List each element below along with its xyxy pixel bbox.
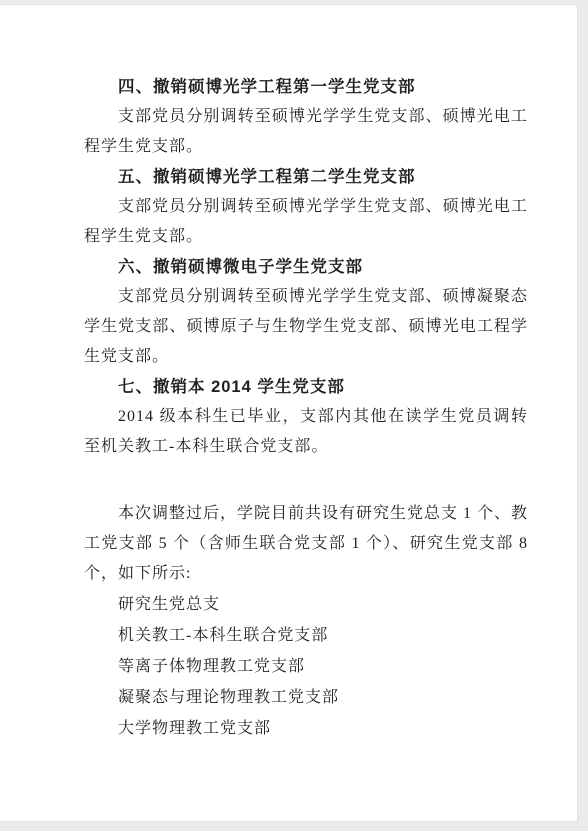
paragraph: 本次调整过后，学院目前共设有研究生党总支 1 个、教工党支部 5 个（含师生联合… bbox=[84, 499, 528, 589]
blank-gap bbox=[84, 462, 528, 499]
section-heading: 六、撤销硕博微电子学生党支部 bbox=[84, 252, 528, 282]
paragraph: 支部党员分别调转至硕博光学学生党支部、硕博光电工程学生党支部。 bbox=[84, 192, 528, 252]
document-page: 四、撤销硕博光学工程第一学生党支部支部党员分别调转至硕博光学学生党支部、硕博光电… bbox=[0, 4, 578, 822]
list-item: 机关教工-本科生联合党支部 bbox=[84, 620, 528, 651]
list-item: 等离子体物理教工党支部 bbox=[84, 651, 528, 682]
list-item: 研究生党总支 bbox=[84, 589, 528, 620]
list-item: 大学物理教工党支部 bbox=[84, 713, 528, 744]
section-heading: 五、撤销硕博光学工程第二学生党支部 bbox=[84, 162, 528, 192]
paragraph: 支部党员分别调转至硕博光学学生党支部、硕博光电工程学生党支部。 bbox=[84, 102, 528, 162]
list-item: 凝聚态与理论物理教工党支部 bbox=[84, 682, 528, 713]
paragraph: 支部党员分别调转至硕博光学学生党支部、硕博凝聚态学生党支部、硕博原子与生物学生党… bbox=[84, 282, 528, 372]
viewer-background: { "page": { "background_color": "#ebebeb… bbox=[0, 0, 588, 831]
paragraph: 2014 级本科生已毕业，支部内其他在读学生党员调转至机关教工-本科生联合党支部… bbox=[84, 402, 528, 462]
document-body: 四、撤销硕博光学工程第一学生党支部支部党员分别调转至硕博光学学生党支部、硕博光电… bbox=[0, 5, 577, 744]
section-heading: 四、撤销硕博光学工程第一学生党支部 bbox=[84, 72, 528, 102]
section-heading: 七、撤销本 2014 学生党支部 bbox=[84, 372, 528, 402]
